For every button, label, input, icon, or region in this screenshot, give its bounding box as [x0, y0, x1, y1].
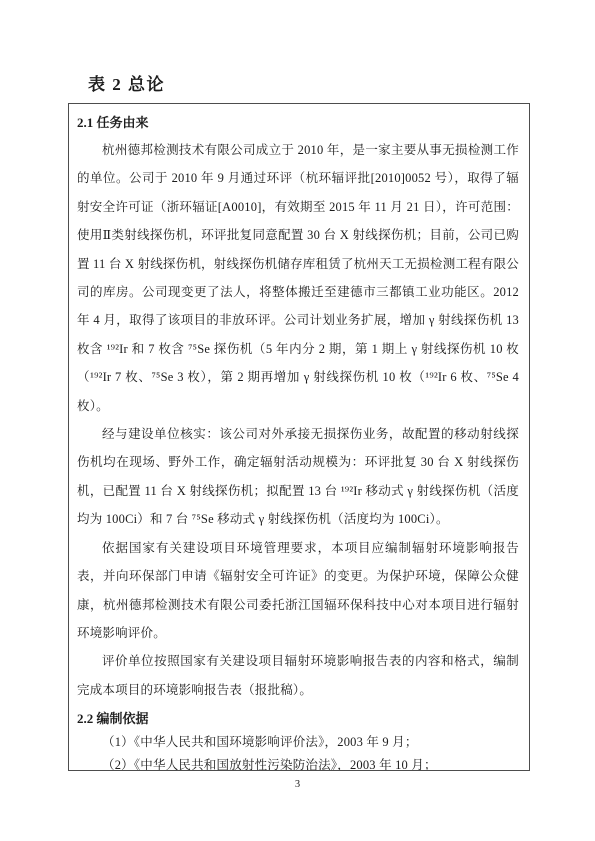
- content-border-box: 2.1 任务由来 杭州德邦检测技术有限公司成立于 2010 年，是一家主要从事无…: [68, 103, 530, 771]
- paragraph-company-history: 杭州德邦检测技术有限公司成立于 2010 年，是一家主要从事无损检测工作的单位。…: [77, 136, 519, 420]
- section-heading-compilation-basis: 2.2 编制依据: [77, 707, 519, 731]
- reference-item-1: （1）《中华人民共和国环境影响评价法》，2003 年 9 月；: [77, 731, 519, 754]
- section-heading-task-origin: 2.1 任务由来: [77, 110, 519, 136]
- reference-item-2: （2）《中华人民共和国放射性污染防治法》，2003 年 10 月；: [77, 754, 519, 771]
- page-title: 表 2 总论: [88, 70, 165, 95]
- paragraph-legal-requirement: 依据国家有关建设项目环境管理要求，本项目应编制辐射环境影响报告表，并向环保部门申…: [77, 534, 519, 648]
- paragraph-report-completion: 评价单位按照国家有关建设项目辐射环境影响报告表的内容和格式，编制完成本项目的环境…: [77, 647, 519, 704]
- page-number: 3: [0, 779, 595, 790]
- paragraph-verification-scale: 经与建设单位核实：该公司对外承接无损探伤业务，故配置的移动射线探伤机均在现场、野…: [77, 420, 519, 534]
